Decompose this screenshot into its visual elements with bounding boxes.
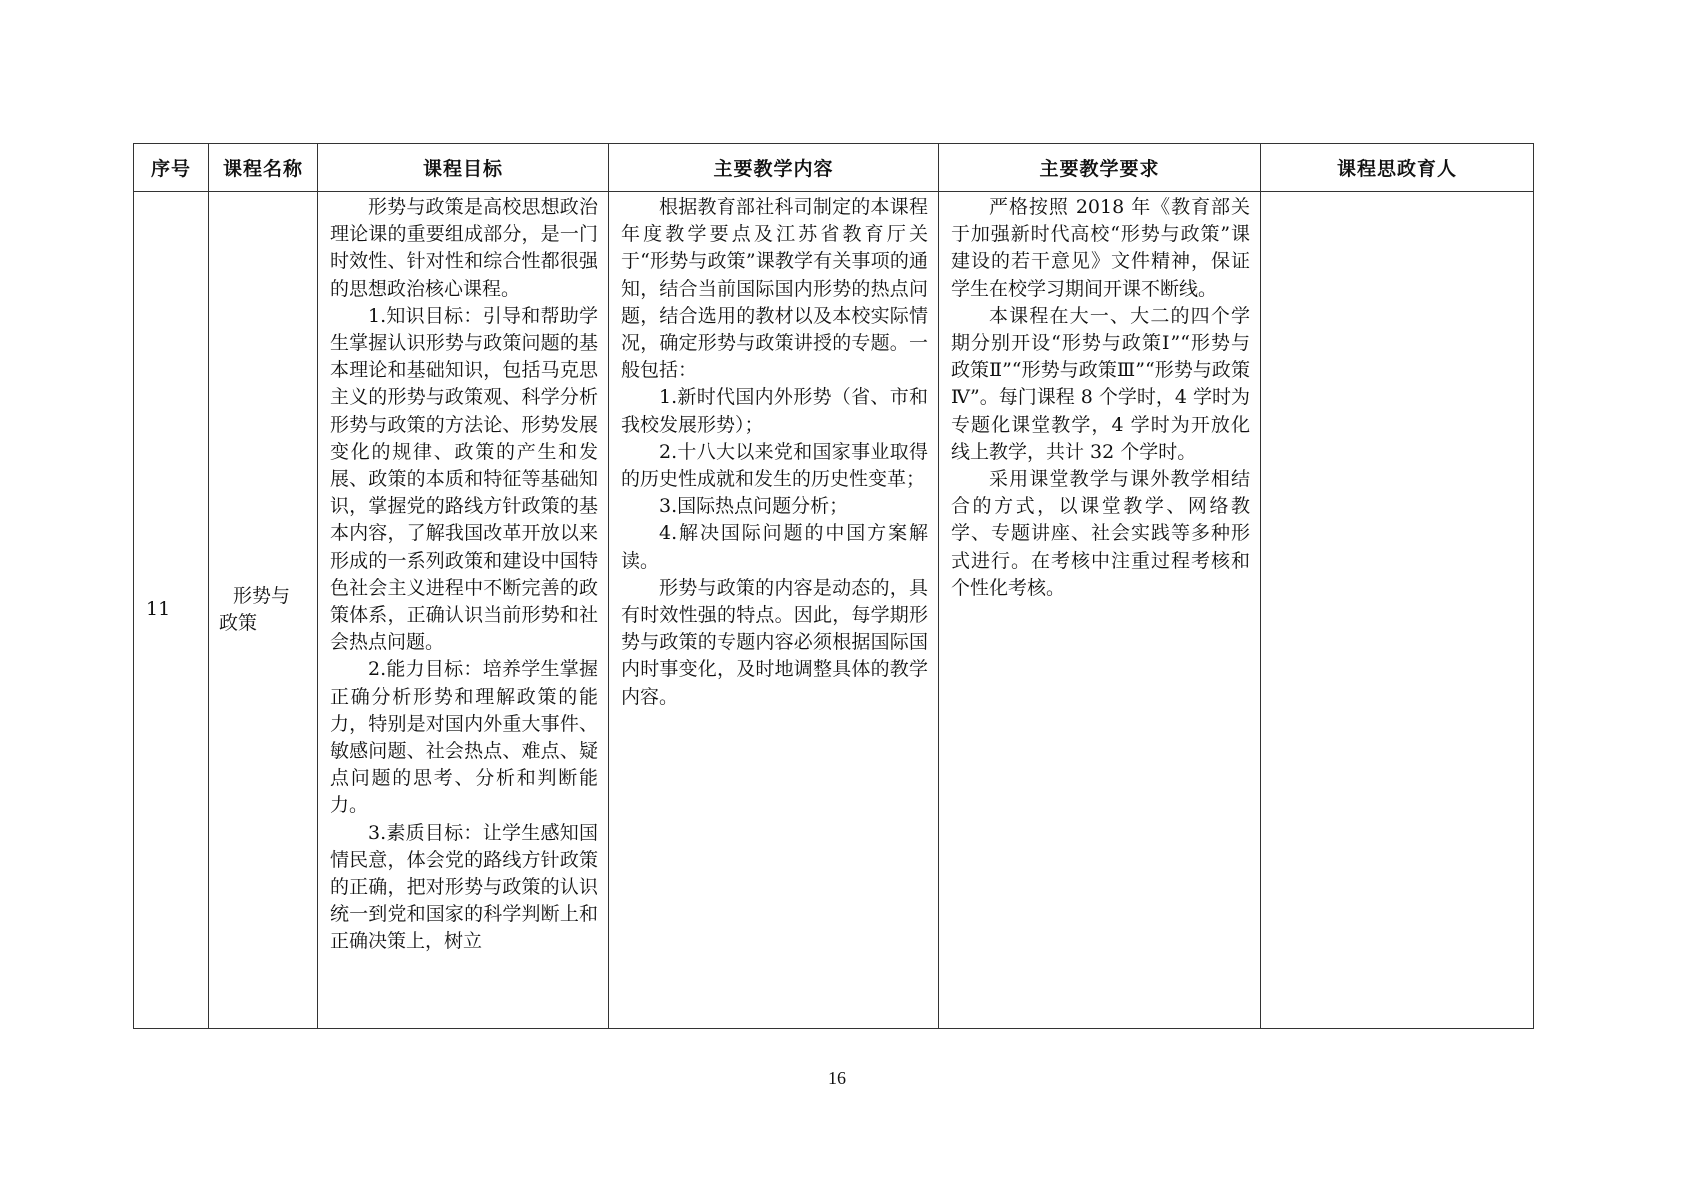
table-header-row: 序号 课程名称 课程目标 主要教学内容 主要教学要求 课程思政育人 xyxy=(134,144,1534,192)
content-item-1: 1.新时代国内外形势（省、市和我校发展形势）； xyxy=(621,384,928,438)
header-index: 序号 xyxy=(134,144,209,192)
cell-objectives: 形势与政策是高校思想政治理论课的重要组成部分，是一门时效性、针对性和综合性都很强… xyxy=(318,192,609,1029)
content-item-2: 2.十八大以来党和国家事业取得的历史性成就和发生的历史性变革； xyxy=(621,439,928,493)
cell-content: 根据教育部社科司制定的本课程年度教学要点及江苏省教育厅关于“形势与政策”课教学有… xyxy=(609,192,939,1029)
content-note: 形势与政策的内容是动态的，具有时效性强的特点。因此，每学期形势与政策的专题内容必… xyxy=(621,575,928,711)
objective-quality: 3.素质目标：让学生感知国情民意，体会党的路线方针政策的正确，把对形势与政策的认… xyxy=(330,820,598,956)
content-item-4: 4.解决国际问题的中国方案解读。 xyxy=(621,520,928,574)
objective-knowledge: 1.知识目标：引导和帮助学生掌握认识形势与政策问题的基本理论和基础知识，包括马克… xyxy=(330,303,598,657)
header-content: 主要教学内容 xyxy=(609,144,939,192)
header-ideology: 课程思政育人 xyxy=(1261,144,1534,192)
requirement-1: 严格按照 2018 年《教育部关于加强新时代高校“形势与政策”课建设的若干意见》… xyxy=(951,194,1250,303)
course-name-line2: 政策 xyxy=(219,610,309,637)
header-objectives: 课程目标 xyxy=(318,144,609,192)
table-row: 11 形势与 政策 形势与政策是高校思想政治理论课的重要组成部分，是一门时效性、… xyxy=(134,192,1534,1029)
course-name-line1: 形势与 xyxy=(219,583,309,610)
course-table: 序号 课程名称 课程目标 主要教学内容 主要教学要求 课程思政育人 11 形势与… xyxy=(133,143,1534,1029)
requirement-3: 采用课堂教学与课外教学相结合的方式，以课堂教学、网络教学、专题讲座、社会实践等多… xyxy=(951,466,1250,602)
header-course-name: 课程名称 xyxy=(209,144,318,192)
cell-ideology xyxy=(1261,192,1534,1029)
objective-intro: 形势与政策是高校思想政治理论课的重要组成部分，是一门时效性、针对性和综合性都很强… xyxy=(330,194,598,303)
content-item-3: 3.国际热点问题分析； xyxy=(621,493,928,520)
requirement-2: 本课程在大一、大二的四个学期分别开设“形势与政策Ⅰ”“形势与政策Ⅱ”“形势与政策… xyxy=(951,303,1250,466)
page-number: 16 xyxy=(828,1068,846,1089)
cell-requirements: 严格按照 2018 年《教育部关于加强新时代高校“形势与政策”课建设的若干意见》… xyxy=(939,192,1261,1029)
document-page: 序号 课程名称 课程目标 主要教学内容 主要教学要求 课程思政育人 11 形势与… xyxy=(0,0,1684,1191)
cell-course-name: 形势与 政策 xyxy=(209,192,318,1029)
objective-ability: 2.能力目标：培养学生掌握正确分析形势和理解政策的能力，特别是对国内外重大事件、… xyxy=(330,656,598,819)
cell-index: 11 xyxy=(134,192,209,1029)
content-intro: 根据教育部社科司制定的本课程年度教学要点及江苏省教育厅关于“形势与政策”课教学有… xyxy=(621,194,928,384)
header-requirements: 主要教学要求 xyxy=(939,144,1261,192)
